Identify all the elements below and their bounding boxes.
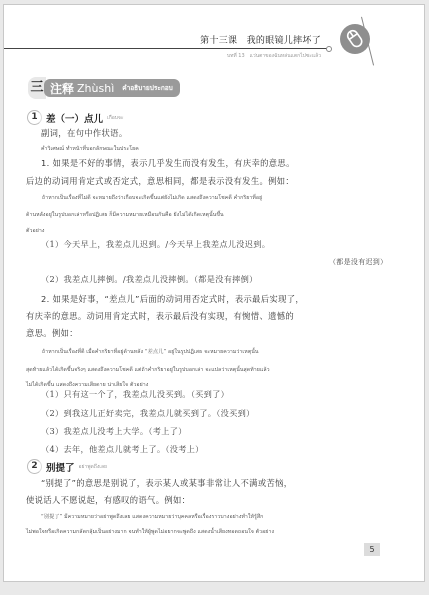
paragraph: 副词，在句中作状语。 (41, 127, 127, 139)
paragraph-th: ด้านหลังอยู่ในรูปบอกเล่าหรือปฏิเสธ ก็มีค… (26, 211, 224, 219)
paragraph-th: ไม่ได้เกิดขึ้น แสดงถึงความเสียดาย น่าเสี… (26, 381, 148, 389)
example-sentence: （2）到我这儿正好卖完，我差点儿就买到了。（没买到） (41, 408, 255, 419)
computer-mouse-icon (340, 24, 370, 54)
paragraph: “别提了”的意思是别说了，表示某人或某事非常让人不满或苦恼， (41, 477, 292, 489)
header-rule (161, 48, 327, 49)
page-number: 5 (364, 543, 380, 556)
item-title-th: เกือบจะ (107, 114, 124, 122)
paragraph: 2. 如果是好事，“差点儿”后面的动词用否定式时，表示最后实现了， (41, 293, 304, 305)
paragraph-th: “别提了” มีความหมายว่าอย่าพูดถึงเลย แสดงควา… (41, 513, 263, 521)
section-title-zh: 注释 (50, 80, 74, 97)
item-heading: 1 差（一）点儿 เกือบจะ (27, 110, 124, 125)
item-title: 差（一）点儿 (46, 111, 103, 125)
document-page: 第十三课 我的眼镜儿摔坏了 บทที่ 13 แว่นตาของฉันหล่นแ… (3, 4, 425, 582)
example-note: （都是没有迟到） (329, 257, 387, 267)
paragraph-th: สุดท้ายแล้วได้เกิดขึ้นจริงๆ แสดงถึงความโ… (26, 366, 270, 374)
item-title: 别提了 (46, 460, 75, 474)
paragraph-th: ถ้าหากเป็นเรื่องที่ไม่ดี จะหมายถึงว่าเกื… (42, 194, 262, 202)
paragraph-th: ถ้าหากเป็นเรื่องที่ดี เมื่อคำกริยาที่อยู… (42, 348, 259, 356)
example-sentence: （1）今天早上，我差点儿迟到。/今天早上我差点儿没迟到。 (41, 239, 270, 250)
paragraph: 意思。例如： (26, 327, 78, 339)
lesson-subtitle: บทที่ 13 แว่นตาของฉันหล่นแตกไปซะแล้ว (227, 52, 321, 60)
paragraph-th: ไม่พอใจหรือเกิดความกลัดกลุ้มเป็นอย่างมาก… (26, 528, 274, 536)
example-sentence: （2）我差点儿摔倒。/我差点儿没摔倒。（都是没有摔倒） (41, 274, 258, 285)
example-sentence: （1）只有这一个了，我差点儿没买到。（买到了） (41, 389, 229, 400)
section-title-th: คำอธิบายประกอบ (122, 83, 173, 93)
section-title-pill: 注释 Zhùshì คำอธิบายประกอบ (44, 79, 180, 97)
item-heading: 2 别提了 อย่าพูดถึงเลย (27, 459, 107, 474)
paragraph: 有庆幸的意思。动词用肯定式时，表示最后没有实现，有惋惜、遗憾的 (26, 310, 294, 322)
paragraph-th: ตัวอย่าง (26, 227, 44, 235)
lesson-title: 第十三课 我的眼镜儿摔坏了 (200, 33, 321, 46)
paragraph-th: คำวิเศษณ์ ทำหน้าที่บอกลักษณะในประโยค (41, 145, 139, 153)
section-heading: 三 注释 Zhùshì คำอธิบายประกอบ (28, 77, 180, 99)
header-rule (4, 48, 161, 49)
example-sentence: （3）我差点儿没考上大学。（考上了） (41, 426, 187, 437)
item-number-badge: 2 (27, 459, 42, 474)
item-title-th: อย่าพูดถึงเลย (79, 463, 107, 471)
item-number-badge: 1 (27, 110, 42, 125)
paragraph: 1. 如果是不好的事情，表示几乎发生而没有发生，有庆幸的意思。 (41, 157, 295, 169)
section-title-pinyin: Zhùshì (77, 82, 114, 95)
paragraph: 后边的动词用肯定式或否定式，意思相同，都是表示没有发生。例如： (26, 175, 294, 187)
example-sentence: （4）去年，他差点儿就考上了。（没考上） (41, 444, 204, 455)
paragraph: 使说话人不愿说起，有感叹的语气。例如： (26, 494, 190, 506)
header-decoration-knot (326, 46, 332, 52)
